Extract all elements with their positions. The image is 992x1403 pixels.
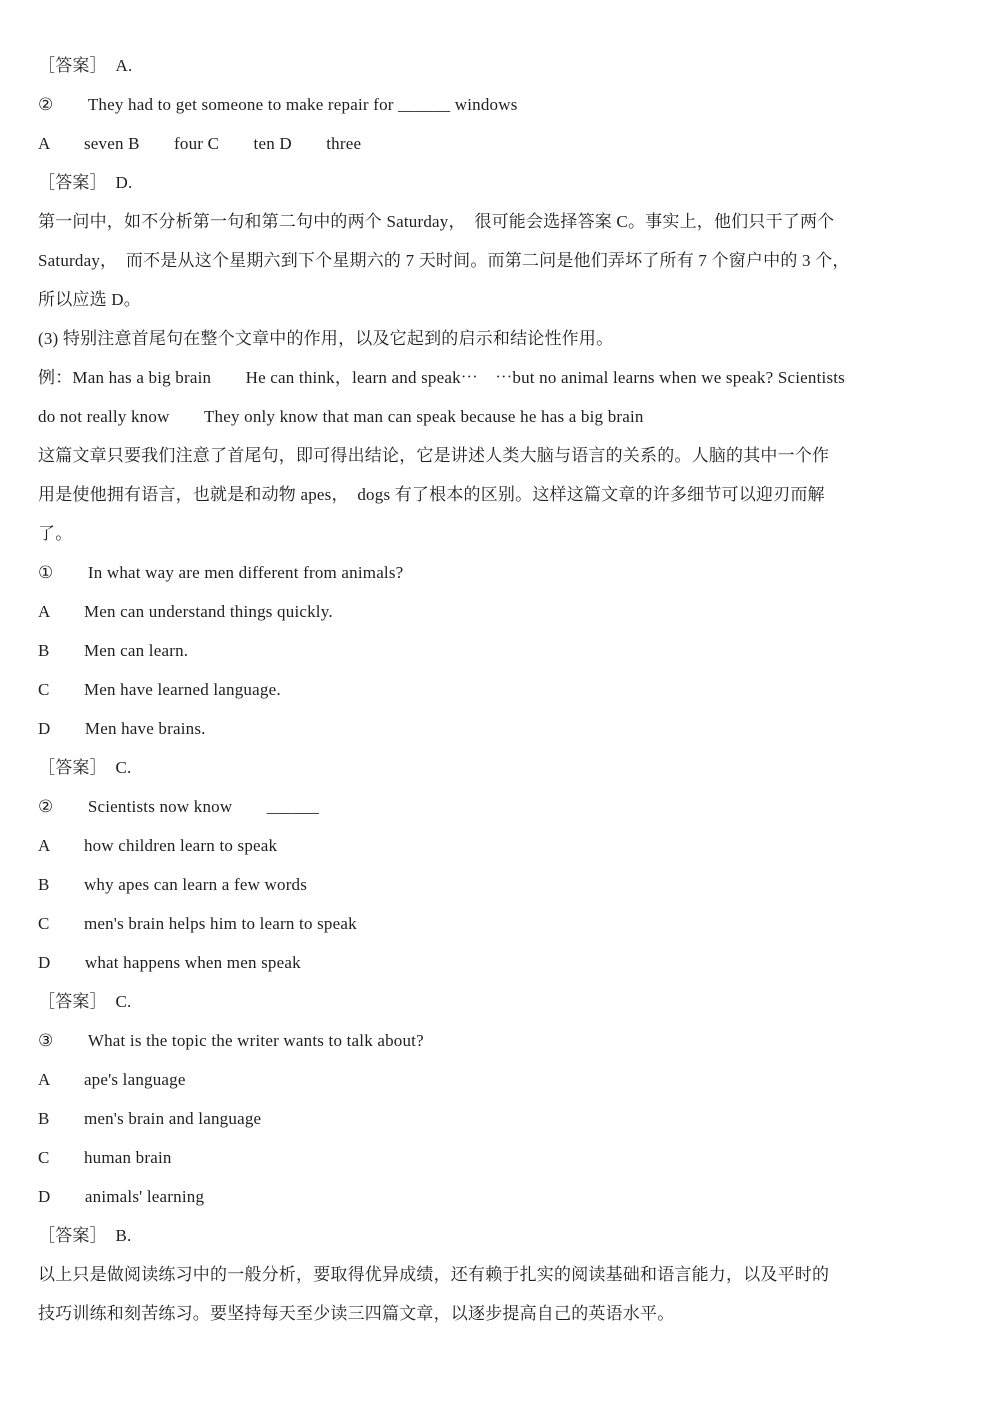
q3-option-a: A ape's language: [38, 1060, 956, 1099]
closing-paragraph-line: 以上只是做阅读练习中的一般分析，要取得优异成绩，还有赖于扎实的阅读基础和语言能力…: [38, 1255, 956, 1294]
analysis-paragraph-line: 所以应选 D。: [38, 280, 956, 319]
question-1-line: ① In what way are men different from ani…: [38, 553, 956, 592]
answer-line-d: ［答案］ D.: [38, 163, 956, 202]
question-2-line: ② Scientists now know ______: [38, 787, 956, 826]
q2-option-d: D what happens when men speak: [38, 943, 956, 982]
example-text-line: 例：Man has a big brain He can think，learn…: [38, 358, 956, 397]
answer-line-c: ［答案］ C.: [38, 748, 956, 787]
example-analysis-line: 这篇文章只要我们注意了首尾句，即可得出结论，它是讲述人类大脑与语言的关系的。人脑…: [38, 436, 956, 475]
q2-option-a: A how children learn to speak: [38, 826, 956, 865]
q1-option-a: A Men can understand things quickly.: [38, 592, 956, 631]
example-analysis-line: 了。: [38, 514, 956, 553]
analysis-paragraph-line: 第一问中，如不分析第一句和第二句中的两个 Saturday， 很可能会选择答案 …: [38, 202, 956, 241]
answer-line-c: ［答案］ C.: [38, 982, 956, 1021]
q1-option-b: B Men can learn.: [38, 631, 956, 670]
options-line-windows: A seven B four C ten D three: [38, 124, 956, 163]
answer-line-a: ［答案］ A.: [38, 46, 956, 85]
document-page: ［答案］ A. ② They had to get someone to mak…: [0, 0, 992, 1403]
example-analysis-line: 用是使他拥有语言，也就是和动物 apes， dogs 有了根本的区别。这样这篇文…: [38, 475, 956, 514]
analysis-paragraph-line: Saturday， 而不是从这个星期六到下个星期六的 7 天时间。而第二问是他们…: [38, 241, 956, 280]
example-text-line: do not really know They only know that m…: [38, 397, 956, 436]
q2-option-c: C men's brain helps him to learn to spea…: [38, 904, 956, 943]
q1-option-d: D Men have brains.: [38, 709, 956, 748]
point-3-heading: (3) 特别注意首尾句在整个文章中的作用，以及它起到的启示和结论性作用。: [38, 319, 956, 358]
q3-option-d: D animals' learning: [38, 1177, 956, 1216]
closing-paragraph-line: 技巧训练和刻苦练习。要坚持每天至少读三四篇文章，以逐步提高自己的英语水平。: [38, 1294, 956, 1333]
q2-option-b: B why apes can learn a few words: [38, 865, 956, 904]
answer-line-b: ［答案］ B.: [38, 1216, 956, 1255]
question-3-line: ③ What is the topic the writer wants to …: [38, 1021, 956, 1060]
q1-option-c: C Men have learned language.: [38, 670, 956, 709]
q3-option-c: C human brain: [38, 1138, 956, 1177]
question-line-windows: ② They had to get someone to make repair…: [38, 85, 956, 124]
q3-option-b: B men's brain and language: [38, 1099, 956, 1138]
